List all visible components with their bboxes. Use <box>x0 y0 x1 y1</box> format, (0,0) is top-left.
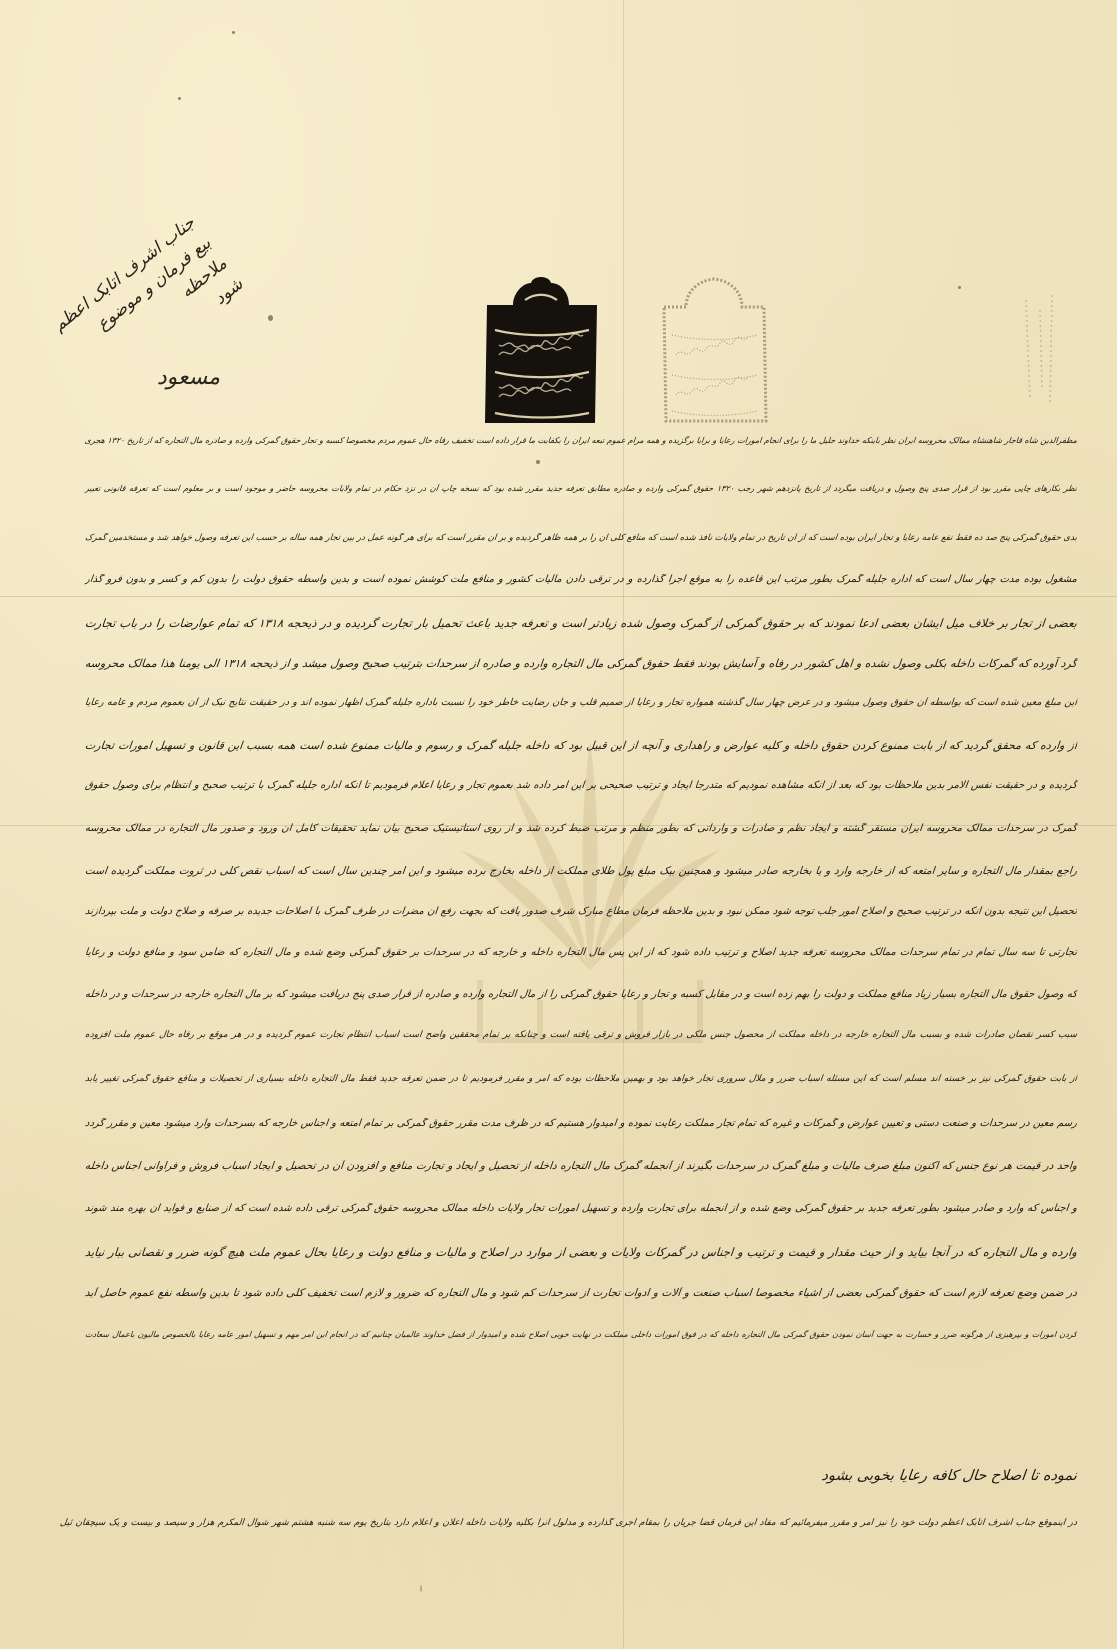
body-line-date: در اینموقع جناب اشرف اتابک اعظم دولت خود… <box>59 1518 1077 1528</box>
body-line: در ضمن وضع تعرفه لازم است که حقوق گمرکی … <box>84 1287 1077 1299</box>
body-line: تحصیل این نتیجه بدون آنکه در ترتیب صحیح … <box>84 906 1077 917</box>
body-line: گمرک در سرحدات ممالک محروسه ایران مستقر … <box>84 823 1077 834</box>
body-line: واحد در قیمت هر نوع جنس که اکنون مبلغ صر… <box>84 1160 1077 1172</box>
body-line: بدی حقوق گمرکی پنج صد ده فقط نفع عامه رع… <box>84 533 1077 543</box>
body-line: گردیده و در حقیقت نفس الامر بدین ملاحظات… <box>84 780 1077 791</box>
body-line: از وارده که محقق گردید که از بابت ممنوع … <box>84 739 1077 752</box>
body-line: راجع بمقدار مال التجاره و سایر امتعه که … <box>84 865 1077 877</box>
body-line: نظر بکارهای چاپی مقرر بود از قرار صدی پن… <box>85 484 1078 493</box>
body-line: از بابت حقوق گمرکی نیز بر خسته اند مسلم … <box>84 1074 1077 1084</box>
body-line: مظفرالدین شاه قاجار شاهنشاه ممالک محروسه… <box>85 436 1078 445</box>
body-line: سبب کسر نقصان صادرات شده و بسبب مال التج… <box>84 1030 1077 1040</box>
body-line: این مبلغ معین شده است که بواسطه آن حقوق … <box>84 697 1077 708</box>
body-line: رسم معین در سرحدات و صنعت دستی و تعیین ع… <box>84 1118 1077 1129</box>
body-line-closing: نموده تا اصلاح حال کافه رعایا بخوبی بشود <box>819 1468 1078 1484</box>
farman-body: مظفرالدین شاه قاجار شاهنشاه ممالک محروسه… <box>0 0 1117 1649</box>
body-line: مشغول بوده مدت چهار سال است که اداره جلی… <box>84 574 1077 585</box>
body-line: گرد آورده که گمرکات داخله بکلی وصول نشده… <box>84 657 1077 670</box>
body-line: بعضی از تجار بر خلاف میل ایشان بعضی ادعا… <box>84 616 1077 630</box>
body-line: تجارتی تا سه سال تمام در تمام سرحدات مما… <box>84 947 1077 958</box>
body-line: کردن امورات و بپرهیزی از هرگونه ضرر و خس… <box>85 1330 1078 1339</box>
body-line: که وصول حقوق مال التجاره بسیار زیاد مناف… <box>84 989 1077 1000</box>
body-line: و اجناس که وارد و صادر میشود بطور تعرفه … <box>84 1203 1077 1214</box>
body-line: وارده و مال التجاره که در آنجا بیاید و ا… <box>84 1245 1077 1259</box>
